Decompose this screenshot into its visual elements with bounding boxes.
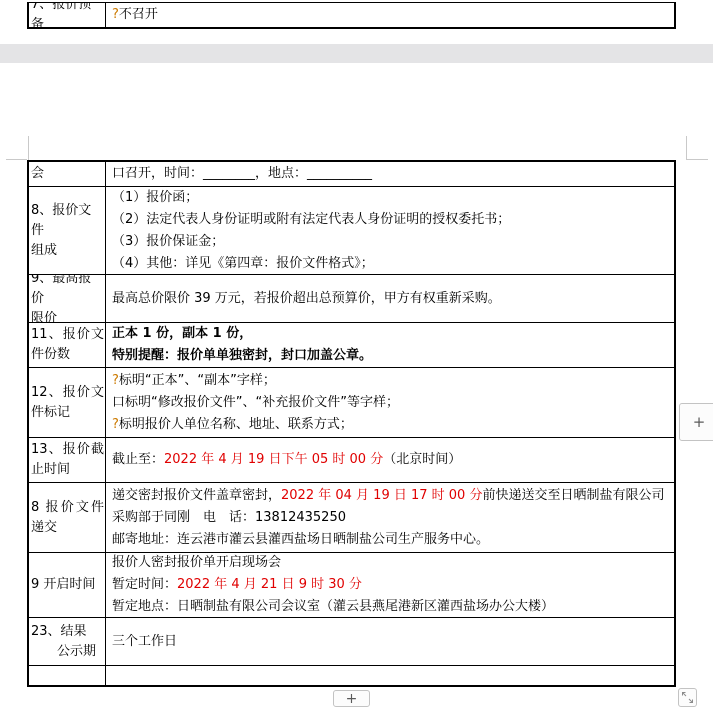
row-content-line: ?标明“正本”、“副本”字样；: [112, 370, 670, 392]
add-column-button[interactable]: +: [679, 403, 713, 441]
row-label-cell: 9 开启时间: [29, 553, 106, 617]
row-content-line: 暂定时间：2022 年 4 月 21 日 9 时 30 分: [112, 574, 670, 596]
word-processor-page: { "document": { "fragment_row": { "label…: [0, 0, 713, 714]
row-content-line: 暂定地点：日晒制盐有限公司会议室（灌云县燕尾港新区灌西盐场办公大楼）: [112, 596, 670, 617]
row-label-cell: 7、报价预备: [29, 3, 106, 27]
row-label-cell: 11、报价文件份数: [29, 323, 106, 367]
crop-mark-left-vertical: [28, 136, 29, 160]
row-label-cell: [29, 666, 106, 685]
row-content-line: 口标明“修改报价文件”、“补充报价文件”等字样；: [112, 392, 670, 414]
row-content-cell: 截止至：2022 年 4 月 19 日下午 05 时 00 分（北京时间）: [106, 438, 674, 482]
text-segment: 截止至：: [112, 452, 164, 467]
text-segment: 2022 年 04 月 19 日 17 时 00 分: [281, 488, 482, 503]
text-segment: 标明报价人单位名称、地址、联系方式；: [119, 417, 353, 432]
fragment-row-content: ?不召开: [112, 4, 670, 26]
text-segment: 特别提醒：报价单单独密封，封口加盖公章。: [112, 348, 372, 363]
text-segment: 口召开，时间：________，地点：__________: [112, 166, 372, 181]
row-content-cell: ?标明“正本”、“副本”字样；口标明“修改报价文件”、“补充报价文件”等字样；?…: [106, 368, 674, 437]
table-row: [29, 665, 674, 685]
text-segment: 采购部于同刚 电 话：13812435250: [112, 510, 346, 525]
row-content-line: （2）法定代表人身份证明或附有法定代表人身份证明的授权委托书；: [112, 209, 670, 231]
table-row: 13、报价截止时间截止至：2022 年 4 月 19 日下午 05 时 00 分…: [29, 437, 674, 482]
text-segment: （北京时间）: [383, 452, 461, 467]
row-label-cell: 23、结果公示期: [29, 618, 106, 665]
text-segment: （4）其他：详见《第四章：报价文件格式》；: [112, 256, 374, 271]
text-segment: 三个工作日: [112, 634, 177, 649]
row-label-line: 9、最高报价: [31, 275, 104, 309]
row-label-line: 23、结果: [31, 622, 104, 642]
text-segment: 邮寄地址：连云港市灌云县灌西盐场日晒制盐公司生产服务中心。: [112, 532, 489, 547]
text-segment: 递交密封报价文件盖章密封，: [112, 488, 281, 503]
row-content-cell: 三个工作日: [106, 618, 674, 665]
row-label-line: 限价: [31, 309, 104, 323]
table-row: 11、报价文件份数正本 1 份，副本 1 份，特别提醒：报价单单独密封，封口加盖…: [29, 322, 674, 367]
text-segment: 2022 年 4 月 19 日下午 05 时 00 分: [164, 452, 383, 467]
row-content-line: 最高总价限价 39 万元，若报价超出总预算价，甲方有权重新采购。: [112, 288, 670, 310]
text-segment: 前快递送交至日晒制盐有限公司: [482, 488, 664, 503]
crop-mark-right-horizontal: [687, 159, 708, 160]
row-label-line: 件标记: [31, 403, 104, 423]
table-row: 会口召开，时间：________，地点：__________: [29, 162, 674, 186]
row-label-cell: 8 报价文件递交: [29, 483, 106, 552]
row-content-cell: 正本 1 份，副本 1 份，特别提醒：报价单单独密封，封口加盖公章。: [106, 323, 674, 367]
row-content-line: 特别提醒：报价单单独密封，封口加盖公章。: [112, 345, 670, 367]
row-content-line: 递交密封报价文件盖章密封，2022 年 04 月 19 日 17 时 00 分前…: [112, 485, 670, 507]
table-row: 8、报价文件组成（1）报价函；（2）法定代表人身份证明或附有法定代表人身份证明的…: [29, 186, 674, 274]
page-break-band: [0, 44, 713, 63]
row-label-line: 止时间: [31, 460, 104, 480]
text-segment: 正本 1 份，副本 1 份，: [112, 326, 252, 341]
table-row: 23、结果公示期三个工作日: [29, 617, 674, 665]
text-segment: （1）报价函；: [112, 190, 198, 205]
row-label-cell: 8、报价文件组成: [29, 187, 106, 274]
resize-diagonal-icon: [681, 691, 694, 704]
row-label-line: 9 开启时间: [31, 575, 104, 595]
row-content-cell: [106, 666, 674, 685]
text-segment: 标明“正本”、“副本”字样；: [119, 373, 276, 388]
row-label-line: 7、报价预备: [31, 3, 104, 27]
detail-table: 会口召开，时间：________，地点：__________8、报价文件组成（1…: [27, 160, 676, 687]
row-label-line: 递交: [31, 518, 104, 538]
row-label-line: 会: [31, 164, 104, 184]
text-segment: ?: [112, 373, 119, 388]
row-label-line: 公示期: [31, 642, 104, 662]
row-content-cell: （1）报价函；（2）法定代表人身份证明或附有法定代表人身份证明的授权委托书；（3…: [106, 187, 674, 274]
row-label-line: 8 报价文件: [31, 498, 104, 518]
table-row: 12、报价文件标记?标明“正本”、“副本”字样；口标明“修改报价文件”、“补充报…: [29, 367, 674, 437]
row-content-line: 报价人密封报价单开启现场会: [112, 553, 670, 574]
text-segment: 报价人密封报价单开启现场会: [112, 555, 281, 570]
row-label-cell: 13、报价截止时间: [29, 438, 106, 482]
add-row-button[interactable]: +: [333, 690, 370, 707]
plus-icon: +: [346, 692, 358, 706]
crop-mark-right-vertical: [686, 136, 687, 160]
crop-mark-left-horizontal: [6, 159, 27, 160]
row-content-cell: 最高总价限价 39 万元，若报价超出总预算价，甲方有权重新采购。: [106, 275, 674, 322]
row-content-line: （3）报价保证金；: [112, 231, 670, 253]
row-content-line: 口召开，时间：________，地点：__________: [112, 163, 670, 185]
row-content-line: 截止至：2022 年 4 月 19 日下午 05 时 00 分（北京时间）: [112, 449, 670, 471]
row-label-line: 12、报价文: [31, 383, 104, 403]
text-segment: ?: [112, 417, 119, 432]
table-row: 8 报价文件递交递交密封报价文件盖章密封，2022 年 04 月 19 日 17…: [29, 482, 674, 552]
plus-icon: +: [693, 413, 706, 431]
row-content-line: 采购部于同刚 电 话：13812435250: [112, 507, 670, 529]
row-content-cell: ?不召开: [106, 3, 674, 27]
row-content-line: （1）报价函；: [112, 187, 670, 209]
text-segment: 最高总价限价 39 万元，若报价超出总预算价，甲方有权重新采购。: [112, 291, 501, 306]
row-content-cell: 递交密封报价文件盖章密封，2022 年 04 月 19 日 17 时 00 分前…: [106, 483, 674, 552]
table-row: 9 开启时间报价人密封报价单开启现场会暂定时间：2022 年 4 月 21 日 …: [29, 552, 674, 617]
row-content-cell: 报价人密封报价单开启现场会暂定时间：2022 年 4 月 21 日 9 时 30…: [106, 553, 674, 617]
row-content-line: （4）其他：详见《第四章：报价文件格式》；: [112, 253, 670, 275]
row-label-line: 11、报价文: [31, 325, 104, 345]
table-row: 7、报价预备 ?不召开: [29, 3, 674, 27]
text-segment: ?: [112, 7, 119, 22]
text-segment: （3）报价保证金；: [112, 234, 224, 249]
row-content-line: 邮寄地址：连云港市灌云县灌西盐场日晒制盐公司生产服务中心。: [112, 529, 670, 551]
text-segment: 不召开: [119, 7, 158, 22]
row-label-cell: 12、报价文件标记: [29, 368, 106, 437]
row-content-cell: 口召开，时间：________，地点：__________: [106, 162, 674, 186]
table-fragment: 7、报价预备 ?不召开: [27, 2, 676, 29]
text-segment: 暂定时间：: [112, 577, 177, 592]
text-segment: （2）法定代表人身份证明或附有法定代表人身份证明的授权委托书；: [112, 212, 510, 227]
table-row: 9、最高报价限价最高总价限价 39 万元，若报价超出总预算价，甲方有权重新采购。: [29, 274, 674, 322]
text-segment: 暂定地点：日晒制盐有限公司会议室（灌云县燕尾港新区灌西盐场办公大楼）: [112, 599, 554, 614]
table-resize-handle[interactable]: [678, 688, 697, 707]
row-content-line: ?标明报价人单位名称、地址、联系方式；: [112, 414, 670, 436]
row-content-line: 正本 1 份，副本 1 份，: [112, 323, 670, 345]
text-segment: 口标明“修改报价文件”、“补充报价文件”等字样；: [112, 395, 399, 410]
text-segment: 2022 年 4 月 21 日 9 时 30 分: [177, 577, 362, 592]
row-label-line: 组成: [31, 241, 104, 261]
row-label-line: 件份数: [31, 345, 104, 365]
row-label-cell: 会: [29, 162, 106, 186]
row-label-line: 8、报价文件: [31, 201, 104, 241]
row-content-line: 三个工作日: [112, 631, 670, 653]
row-label-cell: 9、最高报价限价: [29, 275, 106, 322]
row-label-line: 13、报价截: [31, 440, 104, 460]
